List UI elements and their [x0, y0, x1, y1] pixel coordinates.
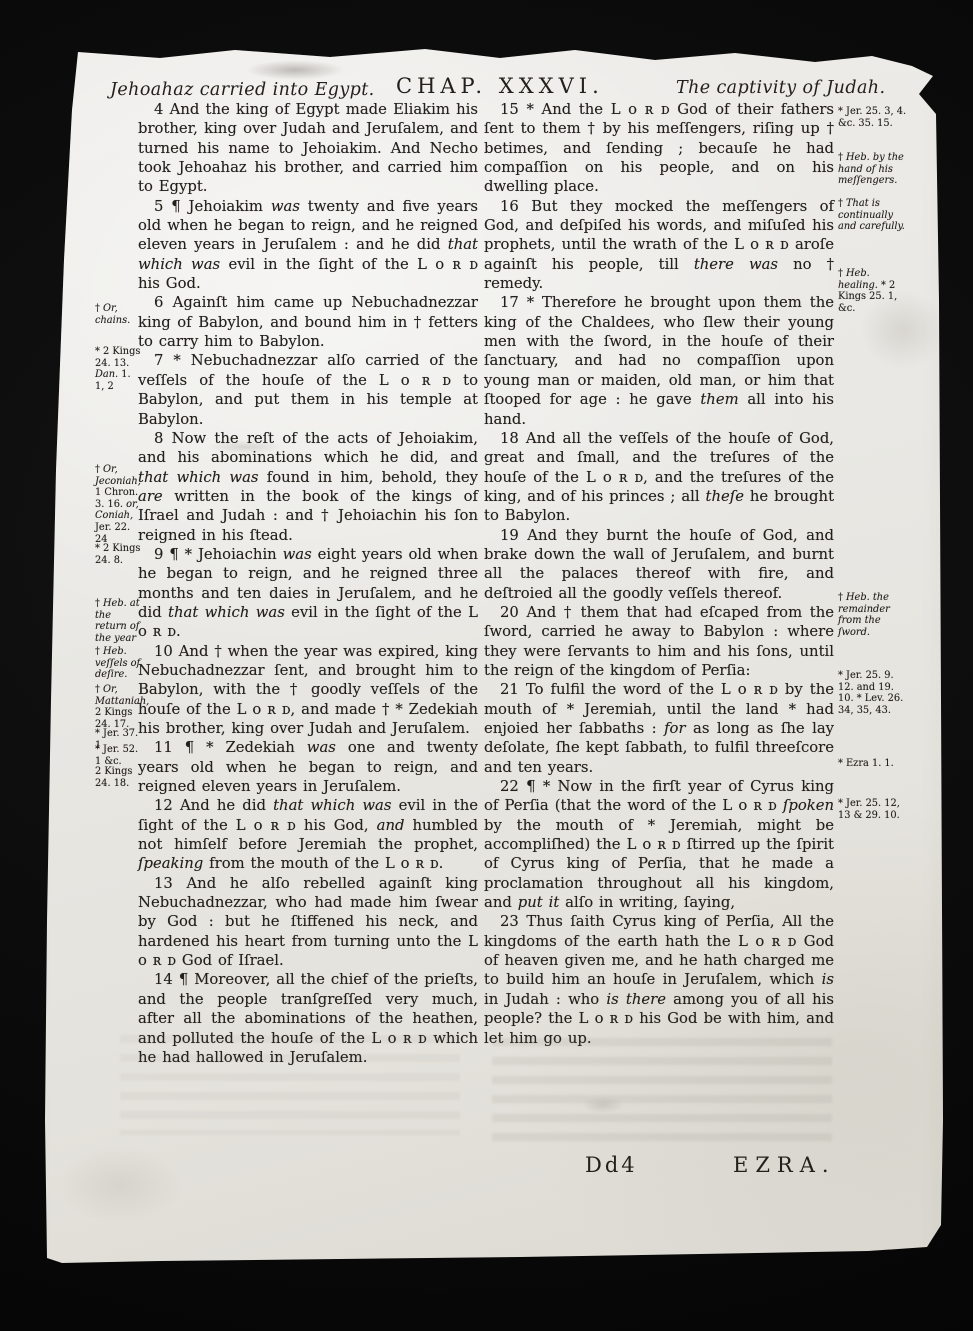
margin-note-left: * Jer. 52. 1 &c.	[95, 744, 143, 767]
margin-note-right: † Heb. healing. * 2 Kings 25. 1, &c.	[838, 268, 908, 314]
bleedthrough-smudge	[492, 1038, 832, 1150]
verse-22: 22 ¶ * Now in the firſt year of Cyrus ki…	[484, 777, 834, 912]
margin-note-left: † Or, chains.	[95, 303, 143, 326]
margin-note-right: † Heb. by the hand of his meſſengers.	[838, 152, 908, 187]
margin-note-right: * Jer. 25. 3, 4. &c. 35. 15.	[838, 106, 908, 129]
margin-note-left: † Heb. at the return of the year	[95, 598, 143, 644]
margin-note-right: * Ezra 1. 1.	[838, 758, 908, 770]
verse-16: 16 But they mocked the meſſengers of God…	[484, 197, 834, 294]
verse-4: 4 And the king of Egypt made Eliakim his…	[138, 100, 478, 197]
photo-background: Jehoahaz carried into Egypt. CHAP. XXXVI…	[0, 0, 973, 1331]
running-head-left: Jehoahaz carried into Egypt.	[110, 80, 375, 100]
verse-15: 15 * And the L ᴏ ʀ ᴅ God of their father…	[484, 100, 834, 197]
verse-17: 17 * Therefore he brought upon them the …	[484, 293, 834, 428]
margin-note-right: * Jer. 25. 12, 13 & 29. 10.	[838, 798, 908, 821]
margin-note-left: † Or, Jeconiah, 1 Chron. 3. 16. or, Coni…	[95, 464, 143, 545]
margin-note-left: † Heb. veſſels of deſire.	[95, 646, 143, 681]
verse-11: 11 ¶ * Zedekiah was one and twenty years…	[138, 738, 478, 796]
margin-note-left: 2 Kings 24. 18.	[95, 766, 143, 789]
verse-13: 13 And he alſo rebelled againſt king Neb…	[138, 874, 478, 971]
running-head-right: The captivity of Judah.	[676, 78, 885, 98]
catchword: EZRA.	[733, 1153, 836, 1177]
verse-7: 7 * Nebuchadnezzar alſo carried of the v…	[138, 351, 478, 428]
verse-9: 9 ¶ * Jehoiachin was eight years old whe…	[138, 545, 478, 642]
verse-19: 19 And they burnt the houſe of God, and …	[484, 526, 834, 603]
margin-note-left: † Or, Mattaniah, 2 Kings 24. 17.	[95, 684, 143, 730]
text-column-right: 15 * And the L ᴏ ʀ ᴅ God of their father…	[484, 100, 834, 1048]
verse-20: 20 And † them that had eſcaped from the …	[484, 603, 834, 680]
margin-note-right: † That is continually and carefully.	[838, 198, 908, 233]
verse-8: 8 Now the reſt of the acts of Jehoiakim,…	[138, 429, 478, 545]
verse-12: 12 And he did that which was evil in the…	[138, 796, 478, 873]
signature-mark: Dd4	[585, 1153, 638, 1177]
verse-14: 14 ¶ Moreover, all the chief of the prie…	[138, 970, 478, 1067]
chapter-heading: CHAP. XXXVI.	[396, 74, 604, 98]
margin-note-right: † Heb. the remainder from the ſword.	[838, 592, 908, 638]
margin-note-left: * 2 Kings 24. 13. Dan. 1. 1, 2	[95, 346, 143, 392]
margin-note-left: * 2 Kings 24. 8.	[95, 543, 143, 566]
verse-10: 10 And † when the year was expired, king…	[138, 642, 478, 739]
verse-6: 6 Againſt him came up Nebuchadnezzar kin…	[138, 293, 478, 351]
margin-note-right: * Jer. 25. 9. 12. and 19. 10. * Lev. 26.…	[838, 670, 908, 716]
verse-23: 23 Thus ſaith Cyrus king of Perſia, All …	[484, 912, 834, 1047]
verse-5: 5 ¶ Jehoiakim was twenty and five years …	[138, 197, 478, 294]
verse-18: 18 And all the veſſels of the houſe of G…	[484, 429, 834, 526]
verse-21: 21 To fulfil the word of the L ᴏ ʀ ᴅ by …	[484, 680, 834, 777]
book-page: Jehoahaz carried into Egypt. CHAP. XXXVI…	[0, 0, 973, 1331]
text-column-left: 4 And the king of Egypt made Eliakim his…	[138, 100, 478, 1067]
